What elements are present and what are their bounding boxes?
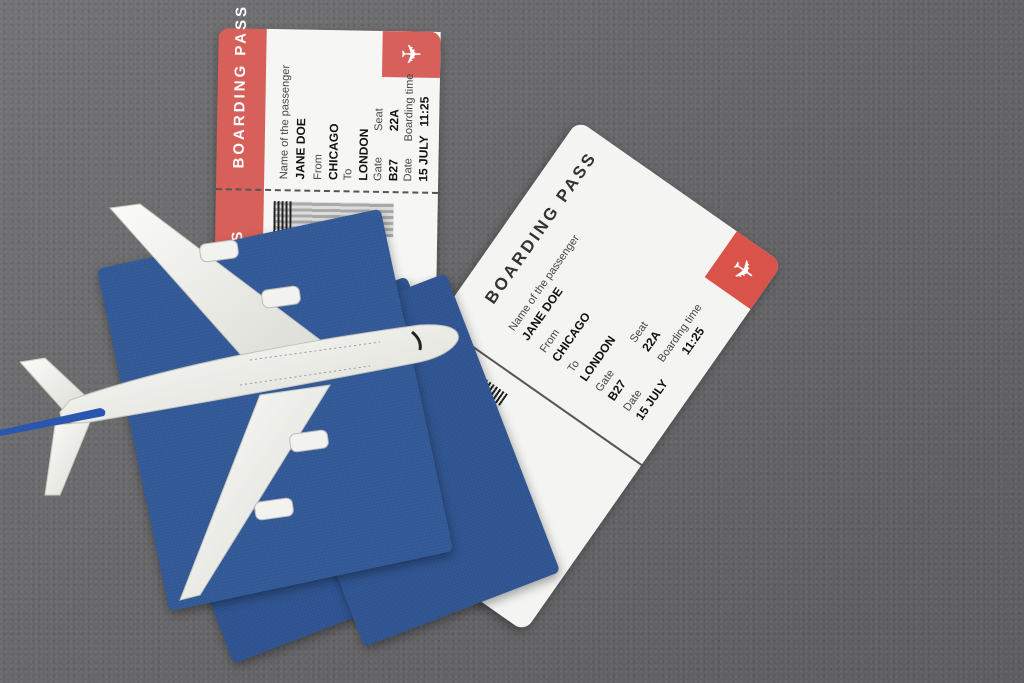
- gate-value: B27: [386, 159, 400, 181]
- gate-label: Gate: [372, 157, 384, 181]
- seat-label: Seat: [373, 108, 385, 131]
- boarding-time-label: Boarding time: [403, 73, 416, 141]
- toy-airplane-icon: [0, 190, 480, 610]
- passenger-label: Name of the passenger: [278, 65, 292, 180]
- boarding-time-value: 11:25: [417, 97, 432, 127]
- to-label: To: [342, 169, 354, 181]
- pass-title: BOARDING PASS: [230, 4, 250, 169]
- passenger-name: JANE DOE: [293, 118, 308, 180]
- to-value: LONDON: [356, 129, 371, 181]
- date-value: 15 JULY: [416, 135, 431, 182]
- from-value: CHICAGO: [326, 123, 341, 180]
- airplane-icon: ✈: [705, 231, 783, 309]
- from-label: From: [312, 154, 324, 180]
- seat-value: 22A: [387, 109, 401, 131]
- airplane-icon: ✈: [382, 31, 441, 78]
- date-label: Date: [402, 158, 414, 181]
